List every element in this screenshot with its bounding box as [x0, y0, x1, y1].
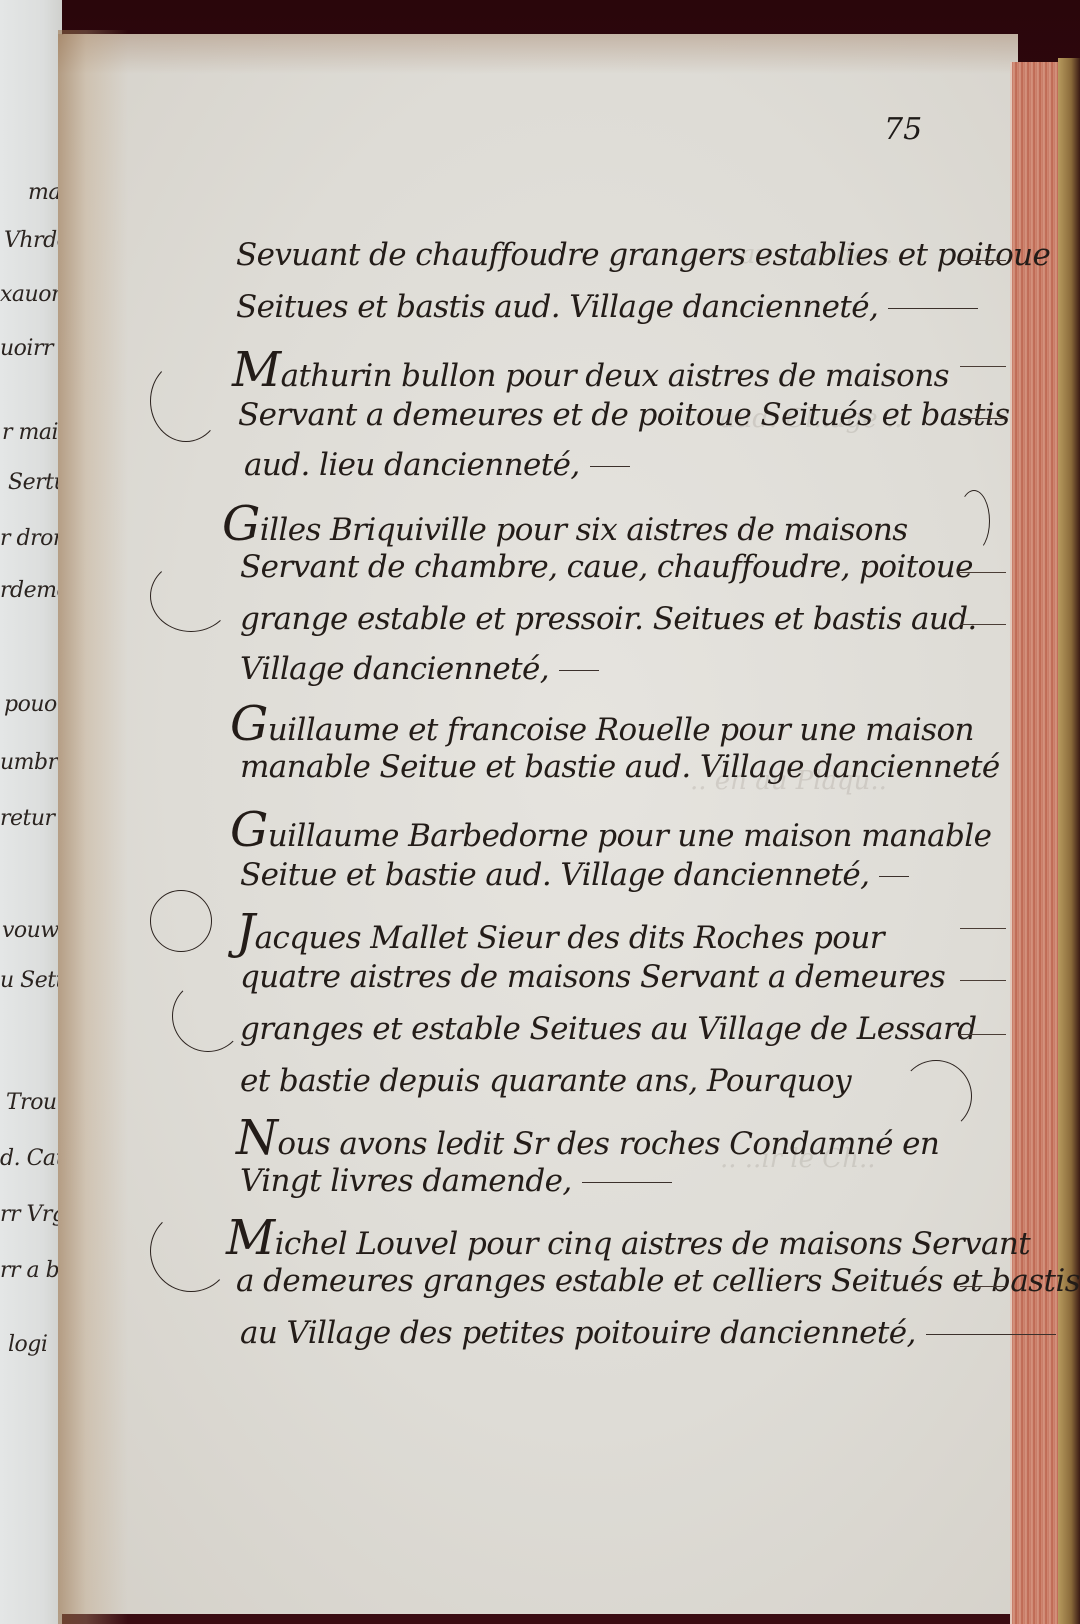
manuscript-line: Guillaume Barbedorne pour une maison man…	[230, 806, 991, 854]
facing-fragment: u Settui	[0, 968, 62, 993]
manuscript-line: Seitues et bastis aud. Village dancienne…	[236, 292, 978, 323]
facing-fragment: rdemoro	[0, 578, 62, 603]
facing-fragment: r maiso	[2, 420, 62, 445]
facing-fragment: r dromr	[0, 526, 62, 551]
manuscript-line: grange estable et pressoir. Seitues et b…	[240, 604, 977, 635]
manuscript-line: Gilles Briquiville pour six aistres de m…	[222, 500, 908, 548]
manuscript-line: Servant a demeures et de poitoue Seitués…	[238, 400, 1009, 431]
facing-fragment: d. Cau	[0, 1146, 62, 1171]
manuscript-line: granges et estable Seitues au Village de…	[240, 1014, 976, 1045]
facing-fragment: rr a ba	[0, 1258, 62, 1283]
book-cover-edge	[1058, 58, 1080, 1624]
facing-page: maiso Vhrdej xauona uoirr da r maiso Ser…	[0, 0, 62, 1624]
facing-fragment: retur au	[0, 806, 62, 831]
red-page-edges	[1010, 62, 1062, 1624]
manuscript-line: au Village des petites poitouire dancien…	[240, 1318, 1056, 1349]
manuscript-line: Village dancienneté,	[240, 654, 599, 685]
facing-fragment: maiso	[28, 180, 62, 205]
facing-fragment: logi	[8, 1332, 47, 1357]
manuscript-line: a demeures granges estable et celliers S…	[236, 1266, 1080, 1297]
facing-fragment: vouw V	[2, 918, 62, 943]
manuscript-line: Sevuant de chauffoudre grangers establie…	[236, 240, 1050, 271]
facing-fragment: pouo dr	[4, 692, 62, 717]
facing-fragment: Vhrdej	[4, 228, 62, 253]
manuscript-line: quatre aistres de maisons Servant a deme…	[240, 962, 945, 993]
facing-fragment: xauona	[0, 282, 62, 307]
facing-fragment: umbre a	[0, 750, 62, 775]
manuscript-line: manable Seitue et bastie aud. Village da…	[240, 752, 1000, 783]
page-number: 75	[884, 112, 922, 147]
manuscript-line: Guillaume et francoise Rouelle pour une …	[230, 700, 974, 748]
manuscript-line: Michel Louvel pour cinq aistres de maiso…	[226, 1214, 1030, 1262]
facing-fragment: uoirr da	[0, 336, 62, 361]
facing-fragment: rr Vrg	[0, 1202, 62, 1227]
manuscript-line: Nous avons ledit Sr des roches Condamné …	[236, 1114, 939, 1162]
manuscript-line: aud. lieu dancienneté,	[244, 450, 630, 481]
manuscript-line: Servant de chambre, caue, chauffoudre, p…	[240, 552, 973, 583]
manuscript-line: Seitue et bastie aud. Village danciennet…	[240, 860, 909, 891]
manuscript-line: Jacques Mallet Sieur des dits Roches pou…	[236, 908, 884, 956]
facing-fragment: Trour a	[6, 1090, 62, 1115]
manuscript-line: Mathurin bullon pour deux aistres de mai…	[232, 346, 949, 394]
facing-fragment: Sertuire	[8, 470, 62, 495]
manuscript-line: et bastie depuis quarante ans, Pourquoy	[240, 1066, 851, 1097]
manuscript-line: Vingt livres damende,	[240, 1166, 672, 1197]
